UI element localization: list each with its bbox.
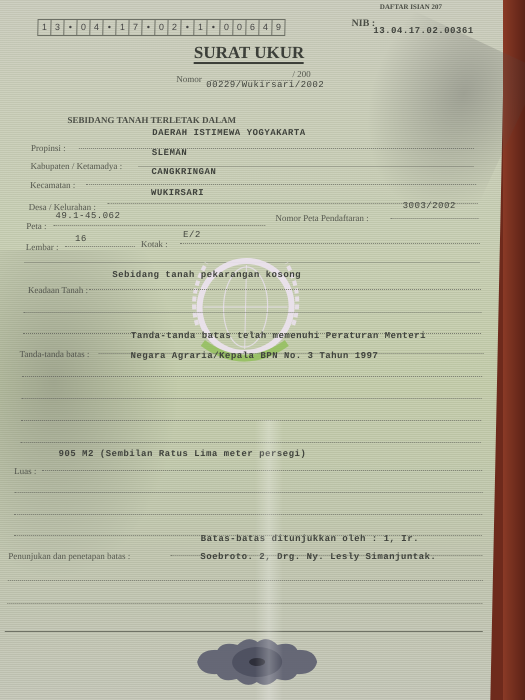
id-box-digit: • [207, 20, 220, 35]
id-box-digit: • [64, 20, 77, 35]
id-box-digit: 3 [51, 20, 64, 35]
id-number-boxes: 13•04•17•02•1•00649 [37, 19, 285, 36]
id-box-digit: 0 [155, 20, 168, 35]
id-box-digit: 9 [272, 20, 284, 35]
id-box-digit: • [142, 20, 155, 35]
id-box-digit: 1 [38, 20, 51, 35]
nomor-value: 00229/Wukirsari/2002 [206, 80, 324, 90]
peta-label: Peta : [26, 221, 46, 231]
section-heading: SEBIDANG TANAH TERLETAK DALAM [67, 115, 236, 125]
kabupaten-label: Kabupaten / Ketamadya : [30, 161, 122, 171]
lembar-value: 16 [75, 234, 87, 244]
page-title: SURAT UKUR [194, 44, 305, 64]
id-box-digit: 0 [220, 20, 233, 35]
kabupaten-value: SLEMAN [152, 148, 188, 158]
kotak-value: E/2 [183, 230, 201, 240]
id-box-digit: 7 [129, 20, 142, 35]
kecamatan-label: Kecamatan : [30, 180, 75, 190]
id-box-digit: 1 [194, 20, 207, 35]
propinsi-label: Propinsi : [31, 143, 66, 153]
nib-label: NIB : [351, 18, 375, 29]
id-box-digit: 0 [77, 20, 90, 35]
penunjukan-line-1: Batas-batas ditunjukkan oleh : 1, Ir. [201, 534, 420, 544]
id-box-digit: 4 [90, 20, 103, 35]
peta-value: 49.1-45.062 [55, 211, 120, 221]
nomor-label: Nomor [176, 74, 202, 84]
id-box-digit: 6 [246, 20, 259, 35]
penunjukan-line-2: Soebroto. 2, Drg. Ny. Lesly Simanjuntak. [200, 552, 436, 562]
nomor-peta-label: Nomor Peta Pendaftaran : [275, 213, 368, 223]
id-box-digit: • [181, 20, 194, 35]
desa-value: WUKIRSARI [151, 188, 204, 198]
light-reflection [255, 420, 283, 700]
id-box-digit: 1 [116, 20, 129, 35]
id-box-digit: 2 [168, 20, 181, 35]
shadow [0, 250, 180, 580]
kotak-label: Kotak : [141, 239, 168, 249]
id-box-digit: • [103, 20, 116, 35]
propinsi-value: DAERAH ISTIMEWA YOGYAKARTA [152, 128, 306, 138]
id-box-digit: 4 [259, 20, 272, 35]
id-box-digit: 0 [233, 20, 246, 35]
kecamatan-value: CANGKRINGAN [151, 167, 216, 177]
nomor-suffix: / 200 [292, 69, 310, 79]
